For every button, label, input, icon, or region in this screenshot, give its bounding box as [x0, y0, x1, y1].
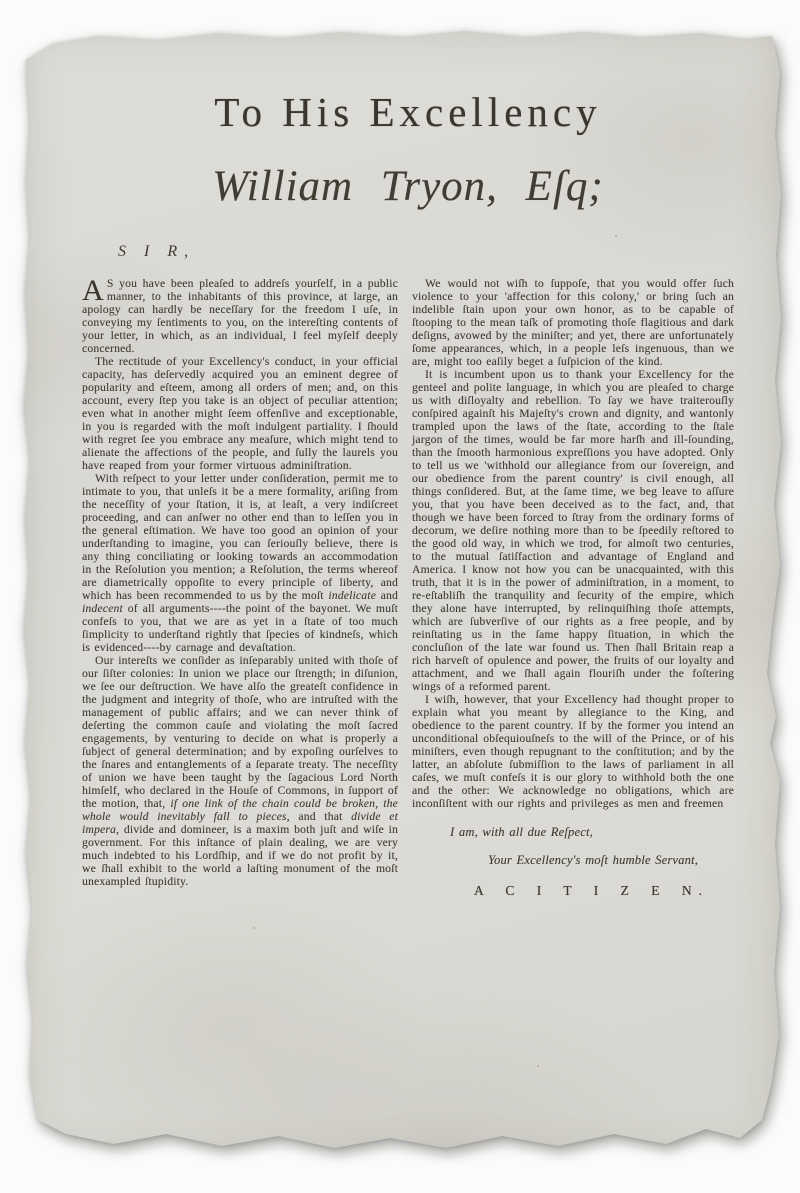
- paragraph: We would not wiſh to ſuppoſe, that you w…: [412, 277, 734, 368]
- text-segment: It is incumbent upon us to thank your Ex…: [412, 368, 734, 693]
- closing-line-respect: I am, with all due Reſpect,: [450, 826, 734, 839]
- paragraph: It is incumbent upon us to thank your Ex…: [412, 368, 734, 693]
- drop-cap: A: [82, 277, 107, 303]
- closing-line-servant: Your Excellency's moſt humble Servant,: [488, 854, 734, 867]
- text-columns: AS you have been pleaſed to addreſs your…: [82, 277, 734, 897]
- paper-sheet: To His Excellency William Tryon, Eſq; S …: [18, 24, 784, 1164]
- text-segment: With reſpect to your letter under conſid…: [82, 472, 398, 602]
- right-column: We would not wiſh to ſuppoſe, that you w…: [412, 277, 734, 897]
- text-segment: , divide and domineer, is a maxim both j…: [82, 823, 398, 888]
- text-segment: We would not wiſh to ſuppoſe, that you w…: [412, 277, 734, 368]
- paragraph: With reſpect to your letter under conſid…: [82, 472, 398, 654]
- text-segment: The rectitude of your Excellency's condu…: [82, 355, 398, 472]
- broadside-scan: To His Excellency William Tryon, Eſq; S …: [0, 0, 800, 1193]
- italic-text-segment: indelicate: [328, 589, 376, 602]
- signature-a-citizen: A C I T I Z E N.: [474, 884, 734, 897]
- document-title: To His Excellency: [82, 88, 734, 136]
- right-column-paragraphs: We would not wiſh to ſuppoſe, that you w…: [412, 277, 734, 810]
- text-segment: S you have been pleaſed to addreſs yourſ…: [82, 277, 398, 355]
- italic-text-segment: indecent: [82, 602, 123, 615]
- paragraph: The rectitude of your Excellency's condu…: [82, 355, 398, 472]
- text-segment: I wiſh, however, that your Excellency ha…: [412, 693, 734, 810]
- document-addressee: William Tryon, Eſq;: [82, 162, 734, 211]
- salutation: S I R,: [118, 243, 734, 261]
- text-segment: , and that: [287, 810, 351, 823]
- paragraph: Our intereſts we conſider as inſeparably…: [82, 654, 398, 888]
- text-segment: of all arguments----the point of the bay…: [82, 602, 398, 654]
- paragraph: AS you have been pleaſed to addreſs your…: [82, 277, 398, 355]
- paper-shadow-wrap: To His Excellency William Tryon, Eſq; S …: [0, 0, 800, 1193]
- left-column: AS you have been pleaſed to addreſs your…: [82, 277, 398, 897]
- text-segment: and: [376, 589, 398, 602]
- paragraph: I wiſh, however, that your Excellency ha…: [412, 693, 734, 810]
- printed-content: To His Excellency William Tryon, Eſq; S …: [82, 62, 734, 897]
- text-segment: Our intereſts we conſider as inſeparably…: [82, 654, 398, 810]
